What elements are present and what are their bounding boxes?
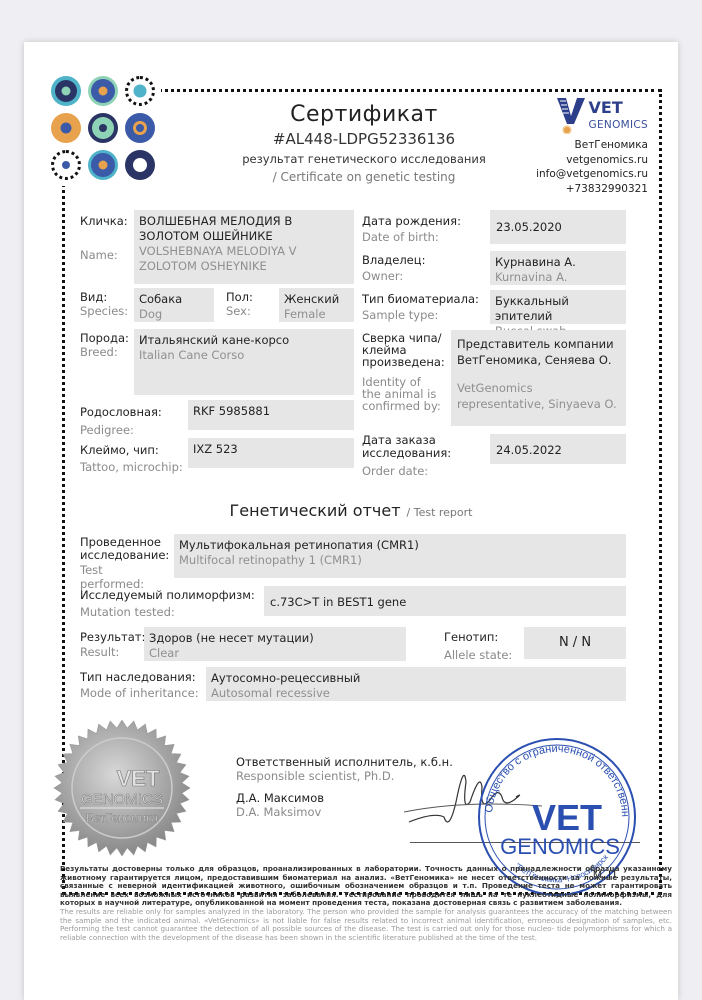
- seal-ru-text: ВетГеномика: [86, 811, 159, 825]
- order-date-field: 24.05.2022: [490, 434, 626, 464]
- breed-field: Итальянский кане-корсо Italian Cane Cors…: [134, 329, 354, 395]
- title-block: Сертификат #AL448-LDPG52336136 результат…: [214, 102, 514, 184]
- brand-name-ru: ВетГеномика: [518, 138, 648, 153]
- sample-type-field: Буккальный эпителий Buccal swab: [490, 290, 626, 324]
- subtitle-en: / Certificate on genetic testing: [214, 170, 514, 184]
- circle-logo-cluster: [51, 76, 161, 186]
- result-label: Результат: Result:: [80, 630, 145, 659]
- brand-vet: VET: [589, 100, 648, 116]
- disclaimer-ru: Результаты достоверны только для образцо…: [60, 865, 672, 908]
- sex-label: Пол: Sex:: [226, 290, 253, 318]
- page-title: Сертификат: [214, 102, 514, 127]
- owner-label: Владелец: Owner:: [362, 253, 425, 283]
- result-field: Здоров (не несет мутации) Clear: [144, 627, 406, 661]
- mutation-label: Исследуемый полиморфизм: Mutation tested…: [80, 588, 255, 619]
- tattoo-label: Клеймо, чип: Tattoo, microchip:: [80, 443, 183, 474]
- test-performed-label: Проведенное исследование: Test performed…: [80, 536, 170, 591]
- pedigree-label: Родословная: Pedigree:: [80, 405, 162, 437]
- test-performed-field: Мультифокальная ретинопатия (CMR1) Multi…: [174, 534, 626, 578]
- brand-block: VET GENOMICS ВетГеномика vetgenomics.ru …: [518, 96, 648, 196]
- mutation-field: c.73C>T in BEST1 gene: [264, 586, 626, 616]
- dob-field: 23.05.2020: [490, 210, 626, 244]
- name-field: ВОЛШЕБНАЯ МЕЛОДИЯ В ЗОЛОТОМ ОШЕЙНИКЕ VOL…: [134, 210, 354, 284]
- circle-icon: [51, 76, 81, 106]
- sample-type-label: Тип биоматериала: Sample type:: [362, 292, 479, 322]
- circle-icon: [88, 150, 118, 180]
- species-label: Вид: Species:: [80, 290, 128, 318]
- inheritance-field: Аутосомно-рецессивный Autosomal recessiv…: [206, 667, 626, 701]
- tattoo-field: IXZ 523: [188, 438, 354, 468]
- identity-field: Представитель компании ВетГеномика, Сеня…: [451, 330, 626, 426]
- owner-field: Курнавина А. Kurnavina A.: [490, 251, 626, 285]
- brand-email-link[interactable]: info@vetgenomics.ru: [518, 167, 648, 182]
- species-field: Собака Dog: [134, 288, 214, 322]
- svg-text:VET: VET: [532, 797, 602, 838]
- genotype-field: N / N: [524, 627, 626, 659]
- seal-vet-text: VET: [117, 766, 160, 791]
- order-date-label: Дата заказа исследования: Order date:: [362, 434, 462, 478]
- silver-seal-icon: VET GENOMICS ВетГеномика: [52, 718, 192, 858]
- dotted-circle-icon: [51, 150, 81, 180]
- circle-icon: [88, 76, 118, 106]
- seal-genomics-text: GENOMICS: [81, 791, 163, 808]
- breed-label: Порода: Breed:: [80, 331, 129, 359]
- brand-genomics: GENOMICS: [589, 119, 648, 131]
- brand-website-link[interactable]: vetgenomics.ru: [518, 153, 648, 168]
- circle-icon: [51, 113, 81, 143]
- inheritance-label: Тип наследования: Mode of inheritance:: [80, 670, 199, 700]
- genotype-label: Генотип: Allele state:: [444, 630, 512, 662]
- circle-icon: [88, 113, 118, 143]
- brand-phone: +73832990321: [518, 182, 648, 197]
- v-logo-icon: [557, 96, 585, 134]
- disclaimer-en: The results are reliable only for sample…: [60, 908, 672, 942]
- pedigree-field: RKF 5985881: [188, 400, 354, 430]
- certificate-page: Сертификат #AL448-LDPG52336136 результат…: [24, 42, 678, 1000]
- dob-label: Дата рождения: Date of birth:: [362, 214, 461, 244]
- circle-icon: [125, 150, 155, 180]
- certificate-number: #AL448-LDPG52336136: [214, 130, 514, 148]
- dotted-circle-icon: [125, 76, 155, 106]
- sex-field: Женский Female: [279, 288, 354, 322]
- disclaimer: Результаты достоверны только для образцо…: [60, 865, 672, 942]
- name-label: Кличка:: [80, 214, 128, 228]
- test-report-heading: Генетический отчет/ Test report: [24, 501, 678, 520]
- subtitle-ru: результат генетического исследования: [214, 152, 514, 166]
- identity-label: Сверка чипа/клейма произведена: Identity…: [362, 332, 442, 412]
- circle-icon: [125, 113, 155, 143]
- name-label-en: Name:: [80, 248, 118, 262]
- vetgenomics-logo: VET GENOMICS: [518, 96, 648, 136]
